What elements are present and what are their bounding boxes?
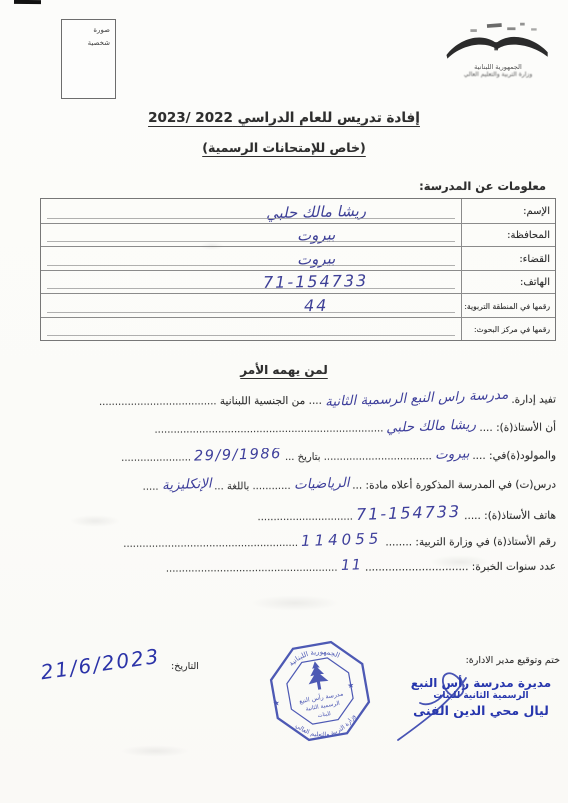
- writing-line: [47, 312, 455, 313]
- date-label: التاريخ:: [171, 661, 199, 672]
- handwritten-subject: الرياضيات: [293, 476, 349, 493]
- row-value-cell: 44: [41, 294, 461, 317]
- handwritten-teacher-phone: 71-154733: [356, 504, 462, 524]
- school-info-heading: معلومات عن المدرسة:: [419, 179, 546, 193]
- seal-inner-line3: للبنات: [317, 711, 332, 719]
- row-value-cell: بيروت: [41, 247, 461, 270]
- line2-prefix: أن الأستاذ(ة): ....: [479, 422, 556, 434]
- ministry-logo-text-line2: وزارة التربية والتعليم العالي: [434, 71, 562, 78]
- line4-dotted-line: .....: [143, 482, 159, 493]
- ministry-logo: الجمهورية اللبنانية وزارة التربية والتعل…: [434, 20, 562, 78]
- line5-prefix: هاتف الأستاذ(ة): .....: [464, 510, 556, 522]
- seal-star-left: ★: [272, 698, 280, 708]
- photo-box-label-line2: شخصية: [62, 37, 110, 50]
- table-row-governorate: المحافظة: بيروت: [41, 223, 555, 247]
- table-row-district: القضاء: بيروت: [41, 246, 555, 270]
- handwritten-school-name: مدرسة راس النبع الرسمية الثانية: [325, 391, 509, 410]
- row-label: القضاء:: [461, 247, 555, 270]
- line2-dotted-line: ........................................…: [154, 424, 383, 436]
- line1-nationality-text: .... من الجنسية اللبنانية: [217, 395, 322, 408]
- row-label: المحافظة:: [461, 224, 555, 247]
- handwritten-birthplace: بيروت: [434, 447, 469, 463]
- handwritten-birthdate: 29/9/1986: [194, 447, 282, 465]
- cedar-tree-icon: [305, 660, 330, 692]
- writing-line: [47, 265, 455, 266]
- photo-box: صورة شخصية: [61, 19, 116, 99]
- body-line-6: رقم الأستاذ(ة) في وزارة التربية: .......…: [20, 531, 556, 552]
- table-row-research-center-number: رقمها في مركز البحوث:: [41, 317, 555, 341]
- body-line-1: تفيد إدارة.مدرسة راس النبع الرسمية الثان…: [20, 391, 556, 410]
- line7-dotted-line: ........................................…: [166, 563, 338, 575]
- scan-smudge: [430, 555, 490, 569]
- scan-corner-artifact: [14, 0, 41, 4]
- handwritten-experience-years: 11: [340, 558, 362, 574]
- to-whom-heading: لمن يهمه الأمر: [0, 363, 568, 377]
- row-value-cell: [41, 318, 461, 341]
- document-title: إفادة تدريس للعام الدراسي 2023/ 2022: [0, 110, 568, 126]
- row-value-cell: ريشا مالك حلبي: [41, 199, 461, 223]
- octagonal-school-seal-icon: الجمهورية اللبنانية وزارة التربية والتعل…: [257, 624, 384, 759]
- handwritten-ministry-number: 114055: [301, 531, 383, 550]
- school-info-table: الإسم: ريشا مالك حلبي المحافظة: بيروت ال…: [40, 198, 556, 341]
- seal-star-right: ★: [347, 680, 355, 690]
- table-row-educational-zone-number: رقمها في المنطقة التربوية: 44: [41, 293, 555, 317]
- signature-icon: [386, 648, 506, 753]
- row-value-cell: 71-154733: [41, 271, 461, 294]
- handwritten-name: ريشا مالك حلبي: [266, 201, 366, 222]
- scan-smudge: [250, 595, 340, 611]
- row-label: رقمها في مركز البحوث:: [461, 318, 555, 341]
- line3-prefix: والمولود(ة)في: ....: [472, 450, 556, 462]
- line4-prefix: درس(ت) في المدرسة المذكورة أعلاه مادة: .…: [352, 479, 556, 492]
- scanned-teaching-certificate: صورة شخصية الجمهورية اللبنانية وزارة الت…: [0, 0, 568, 803]
- line1-dotted-line: .....................................: [99, 396, 217, 408]
- row-label: الإسم:: [461, 199, 555, 223]
- table-row-phone: الهاتف: 71-154733: [41, 270, 555, 294]
- document-subtitle: (خاص للإمتحانات الرسمية): [0, 140, 568, 155]
- open-book-icon: [439, 20, 557, 66]
- handwritten-language: الإنكليزية: [161, 476, 211, 494]
- title-school-year: 2023/ 2022: [148, 110, 233, 126]
- line5-dotted-line: ..............................: [258, 512, 353, 523]
- writing-line: [47, 241, 455, 242]
- table-row-name: الإسم: ريشا مالك حلبي: [41, 199, 555, 223]
- line1-prefix: تفيد إدارة.: [511, 394, 556, 406]
- writing-line: [47, 288, 455, 289]
- body-line-4: درس(ت) في المدرسة المذكورة أعلاه مادة: .…: [20, 476, 556, 495]
- line3-middle-text: .................................. بتاري…: [285, 451, 432, 463]
- handwritten-date: 21/6/2023: [39, 640, 191, 685]
- row-label: رقمها في المنطقة التربوية:: [461, 294, 555, 317]
- row-value-cell: بيروت: [41, 224, 461, 247]
- body-line-2: أن الأستاذ(ة): ....ريشا مالك حلبي.......…: [20, 419, 556, 438]
- line6-prefix: رقم الأستاذ(ة) في وزارة التربية: .......…: [385, 536, 556, 549]
- writing-line: [47, 218, 455, 219]
- ministry-logo-text-line1: الجمهورية اللبنانية: [434, 63, 562, 71]
- body-line-3: والمولود(ة)في: ....بيروت................…: [20, 447, 556, 466]
- line3-dotted-line: ......................: [121, 453, 191, 464]
- line6-dotted-line: ........................................…: [123, 538, 298, 550]
- scan-smudge: [70, 515, 120, 527]
- scan-smudge: [120, 745, 190, 757]
- line4-middle-text: ............ باللغة ...: [214, 481, 290, 492]
- row-label: الهاتف:: [461, 271, 555, 294]
- photo-box-label-line1: صورة: [62, 24, 110, 37]
- scan-smudge: [200, 242, 224, 250]
- handwritten-teacher-name: ريشا مالك حلبي: [386, 419, 477, 436]
- writing-line: [47, 335, 455, 336]
- title-text: إفادة تدريس للعام الدراسي: [238, 110, 420, 126]
